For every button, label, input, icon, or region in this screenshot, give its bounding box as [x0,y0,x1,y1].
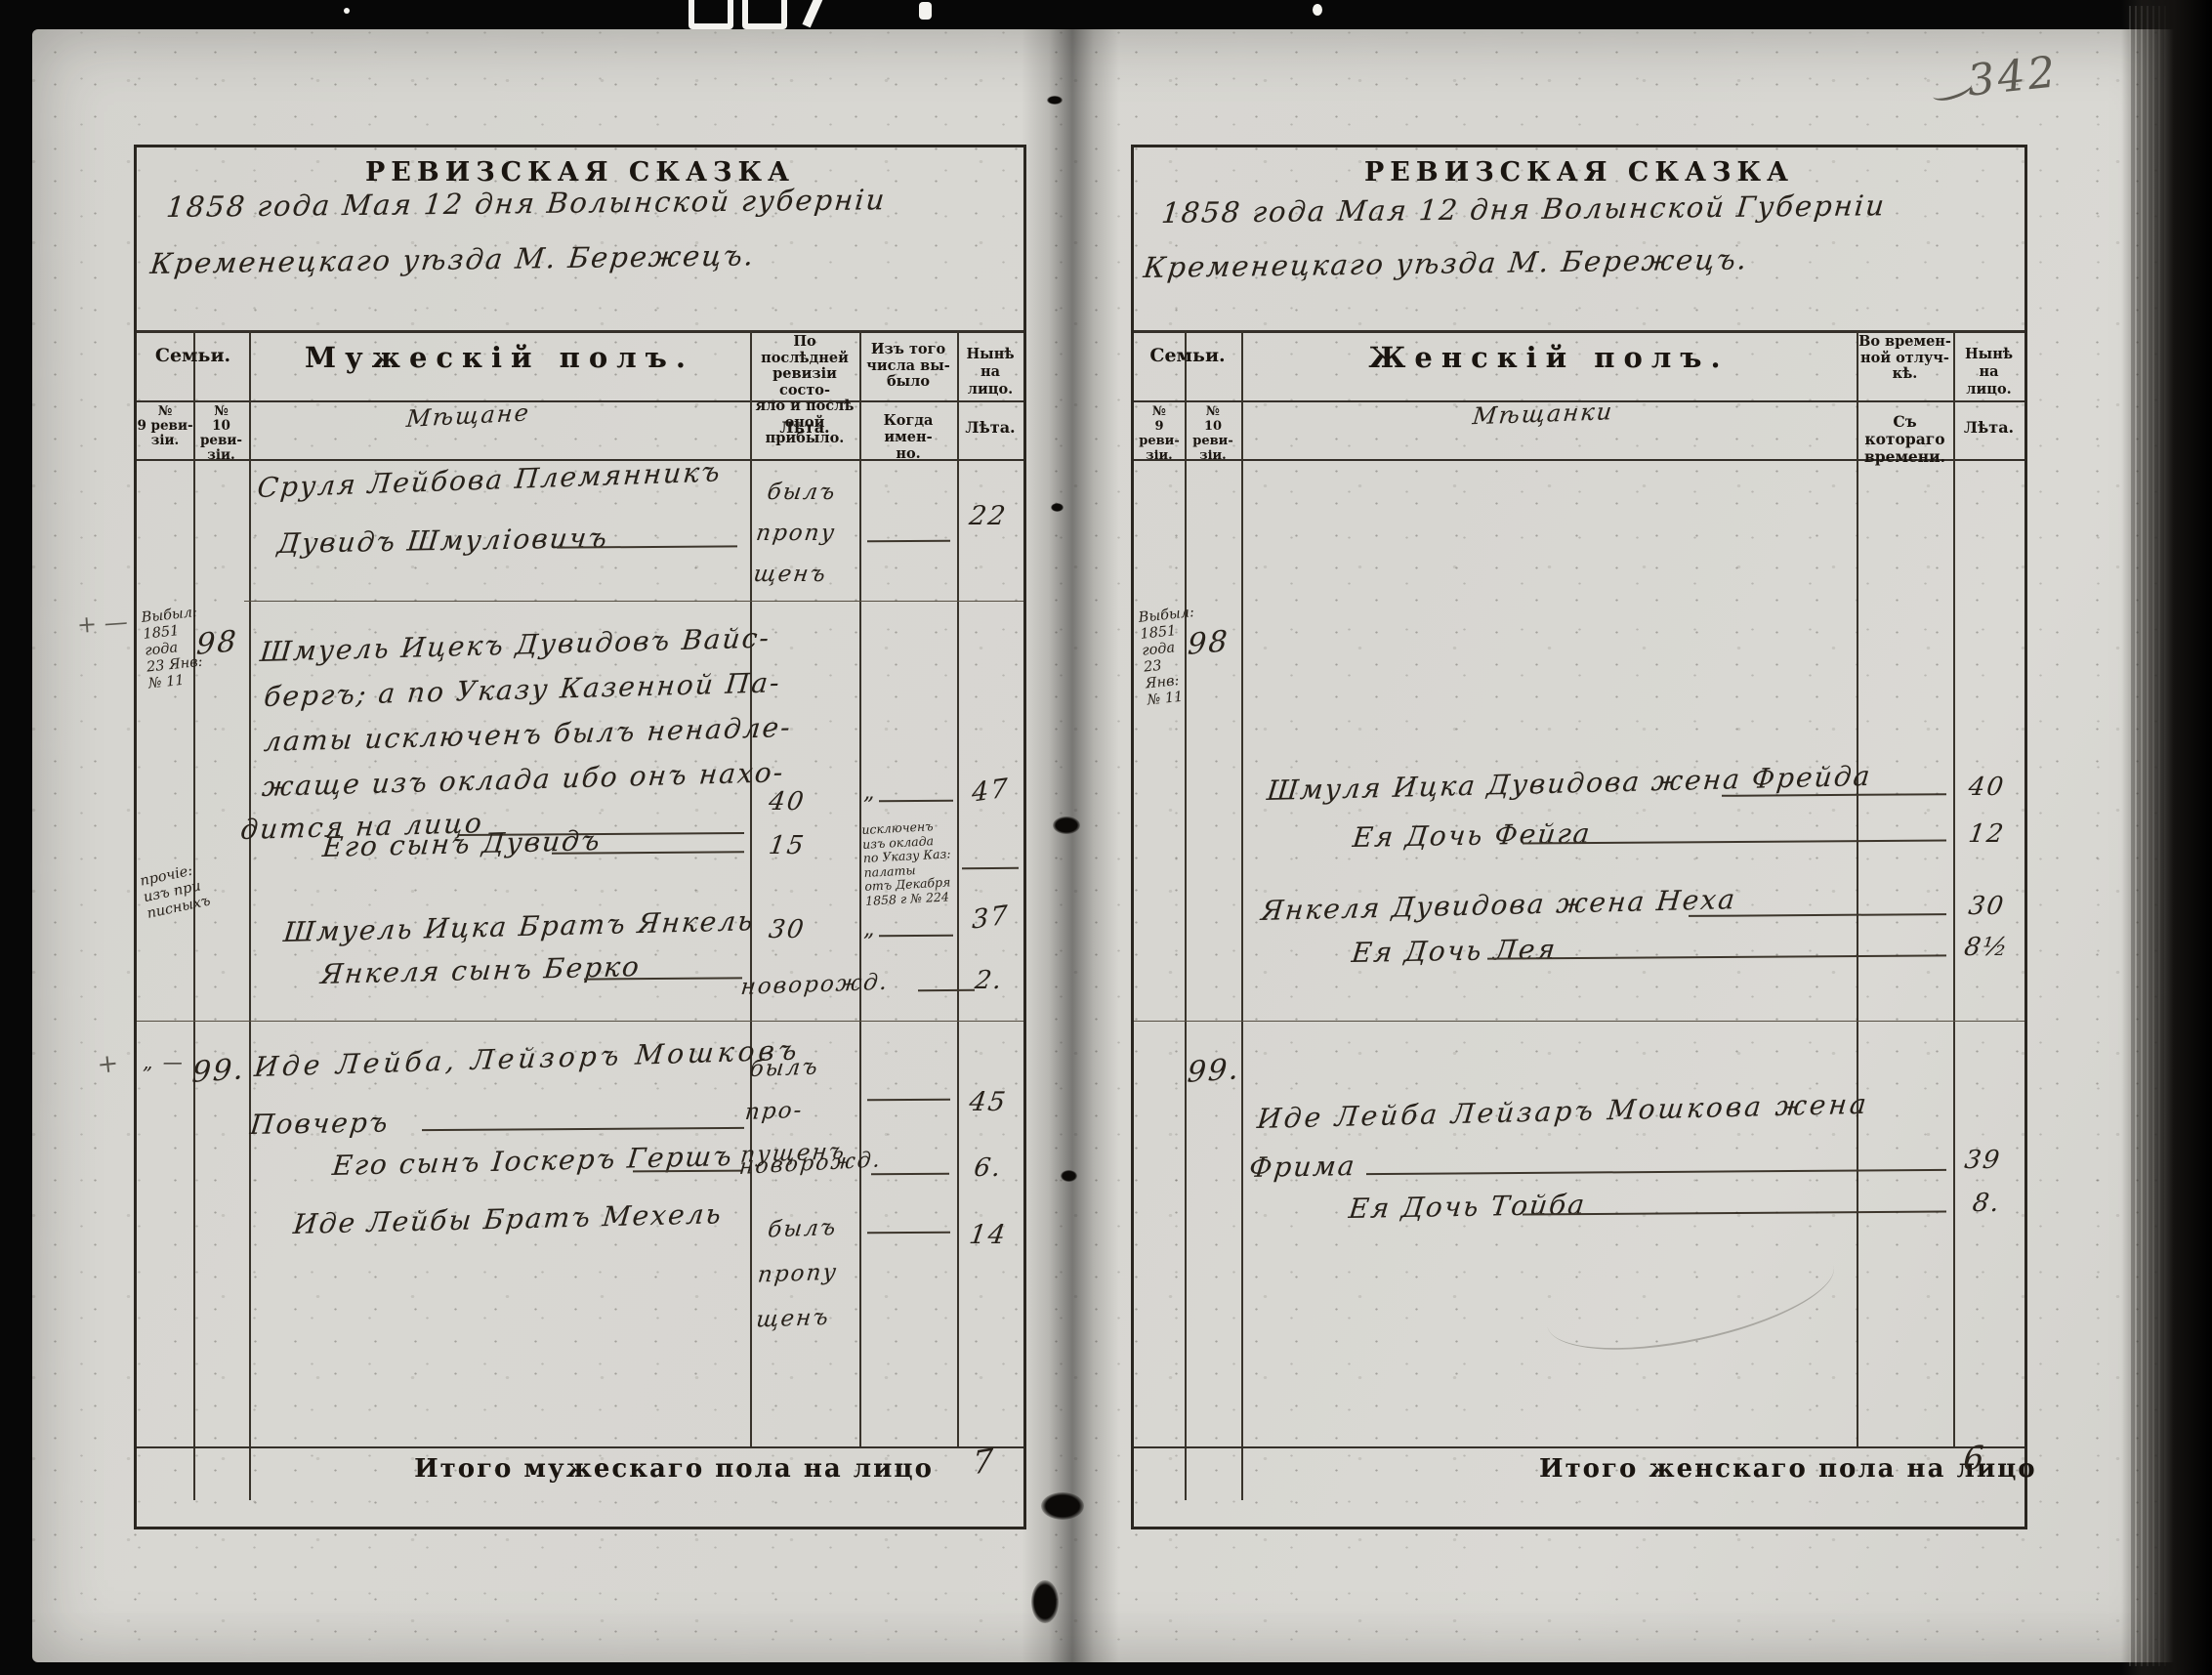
left-page-form: РЕВИЗСКАЯ СКАЗКА 1858 года Мая 12 дня Во… [134,145,1026,1529]
family-number: 99. [191,1052,251,1090]
entry-separator [1134,1021,2024,1022]
ink-blot [1061,1170,1077,1182]
ruled-dash [1523,1210,1946,1215]
ink-blot [1031,1580,1059,1623]
page-title: РЕВИЗСКАЯ СКАЗКА [137,157,1023,188]
ruled-dash [584,977,742,980]
page-title: РЕВИЗСКАЯ СКАЗКА [1134,157,2024,188]
entry-age-note: новорожд. [739,967,958,1000]
entry-row-name: Ея Дочь Тойба [1348,1189,1588,1225]
entry-age-prev: 40 [746,787,828,817]
header-sex: Мужескій полъ. [249,341,750,374]
entry-age-note: былъ пропу щенъ [741,1205,854,1343]
ink-blot [1053,817,1080,834]
header-family: Семьи. [1134,345,1241,366]
entry-row-name: жаще изъ оклада ибо онъ нахо- [261,756,786,803]
ruled-dash [867,540,950,543]
ruled-dash [879,800,953,803]
ink-blot [1047,96,1063,105]
entry-row-name: латы исключенъ былъ ненадле- [263,711,794,758]
header-rev10: № 10 реви- зіи. [193,404,249,463]
total-separator [137,1446,1023,1448]
entry-row-name: Шмуля Ицка Дувидова жена Фрейда [1266,760,1873,807]
total-label: Итого женскаго пола на лицо [1539,1454,2125,1484]
entry-row-name: Иде Лейбы Братъ Мехель [292,1197,725,1240]
pencil-plus-mark: + — [76,607,129,639]
table-line [859,330,861,1446]
ruled-dash [1722,793,1946,797]
entry-row-name: Повчеръ [249,1107,392,1141]
table-line [1241,330,1243,1500]
table-line [193,330,195,1500]
entry-age-now: 8½ [1949,933,2024,962]
table-line [137,330,1023,333]
table-line [1953,330,1955,1446]
entry-row-name: Иде Лейба Лейзаръ Мошкова жена [1256,1088,1871,1135]
total-value: 6 [1963,1434,2014,1479]
ink-blot [1041,1492,1084,1520]
entry-age-now: 47 [957,772,1024,811]
ditto-mark: „ [863,917,876,942]
entry-row-name: Фрима [1248,1150,1358,1184]
table-line [1857,330,1858,1446]
entry-row-name: Его сынъ Іоскеръ Гершъ [331,1140,735,1182]
entry-age-prev: 30 [746,915,828,944]
ruled-dash [552,851,744,854]
entry-age-now: 30 [1949,892,2024,921]
entry-row-name: Иде Лейба, Лейзоръ Мошковъ [253,1033,802,1082]
scanned-book-spread: РЕВИЗСКАЯ СКАЗКА 1858 года Мая 12 дня Во… [0,0,2212,1675]
ruled-dash [557,545,737,548]
ruled-dash [1689,913,1946,917]
entry-row-name: Дувидъ Шмуліовичъ [276,522,610,560]
entry-age-now: 14 [953,1220,1023,1250]
margin-note: прочіе: изъ при писныхъ [139,861,208,923]
entry-row-name: Янкеля Дувидова жена Неха [1260,883,1738,927]
entry-row-name: Шмуель Ицекъ Дувидовъ Вайс- [259,621,772,668]
total-value: 7 [973,1436,1023,1482]
pencil-plus-mark: + [96,1049,120,1080]
book-edge-shadow [2121,0,2212,1675]
scanner-artifact [344,8,350,14]
subheader-years: Лѣта. [1953,418,2024,437]
place-line-handwritten: Кременецкаго уѣзда М. Бережецъ. [1142,242,1750,284]
ruled-dash [867,1099,950,1102]
entry-age-now: 22 [953,501,1023,531]
entry-age-now: 12 [1949,819,2024,849]
total-label: Итого мужескаго пола на лицо [381,1454,967,1484]
subheader-when: Когда имен- но. [859,412,957,462]
entry-age-now: 39 [1945,1146,2021,1175]
family-number: 98 [195,623,251,662]
header-temporary-absence: Во времен- ной отлуч- кѣ. [1857,334,1953,383]
scanner-artifact [919,2,932,20]
header-now-present: Нынѣ на лицо. [957,346,1023,398]
subheader-years2: Лѣта. [957,418,1023,437]
pencil-stroke [1538,1222,1844,1370]
entry-separator [244,601,1023,602]
entry-row-name: бергъ; а по Указу Казенной Па- [263,666,782,713]
entry-row-name: Его сынъ Дувидъ [321,824,604,863]
entry-row-name: Шмуель Ицка Братъ Янкель [282,904,756,948]
book-fold-shadow [1022,29,1119,1662]
date-line-handwritten: 1858 года Мая 12 дня Волынской Губерніи [1160,188,1888,230]
ink-blot [1051,503,1064,512]
header-rev10: № 10 реви- зіи. [1185,404,1241,463]
entry-age-now: 45 [953,1087,1023,1117]
entry-separator [137,1021,1023,1022]
ruled-dash [1366,1169,1946,1175]
header-rev9: № 9 реви- зіи. [137,404,193,448]
header-rev9: № 9 реви- зіи. [1134,404,1185,463]
scanner-artifact [742,0,787,29]
entry-row-name: Янкеля сынъ Берко [319,950,643,990]
ruled-dash [962,867,1019,869]
ruled-dash [879,935,953,938]
right-page-form: РЕВИЗСКАЯ СКАЗКА 1858 года Мая 12 дня Во… [1131,145,2027,1529]
subheader-since-when: Съ котораго времени. [1857,413,1953,466]
entry-age-now: 8. [1949,1189,2024,1218]
entry-row-name: Ея Дочь Фейга [1352,817,1594,854]
ditto-mark: „ — [143,1050,193,1073]
entry-age-note: былъ пропу щенъ [732,472,859,595]
family-number: 98 [1187,623,1242,662]
header-sex: Женскій полъ. [1241,341,1857,374]
total-separator [1134,1446,2024,1448]
scanner-artifact [1313,4,1322,16]
scanner-artifact [802,0,823,27]
entry-age-prev: 15 [746,831,828,860]
place-line-handwritten: Кременецкаго уѣзда М. Бережецъ. [148,238,757,280]
pencil-page-number: 342 [1965,47,2061,105]
scanner-artifact [689,0,733,29]
entry-age-now: 37 [957,899,1024,938]
entry-row-name: Сруля Лейбова Племянникъ [256,455,723,504]
entry-row-name: Ея Дочь Лея [1351,933,1559,969]
table-line [249,330,251,1500]
table-line [1185,330,1187,1500]
header-now-present: Нынѣ на лицо. [1953,346,2024,398]
entry-age-now: 2. [958,966,1021,995]
date-line-handwritten: 1858 года Мая 12 дня Волынской губерніи [165,183,888,224]
family-number: 99. [1187,1052,1246,1090]
entry-age-now: 6. [953,1153,1023,1183]
ruled-dash [871,1173,949,1176]
exclusion-note: исключенъ изъ оклада по Указу Каз: палат… [861,818,961,908]
subheader-years: Лѣта. [750,418,859,437]
header-departed: Изъ того числа вы- было [859,342,957,391]
ruled-dash [867,1232,950,1235]
entry-age-now: 40 [1949,773,2024,802]
header-family: Семьи. [137,345,249,366]
ditto-mark: „ [863,780,876,805]
ruled-dash [422,1127,744,1131]
